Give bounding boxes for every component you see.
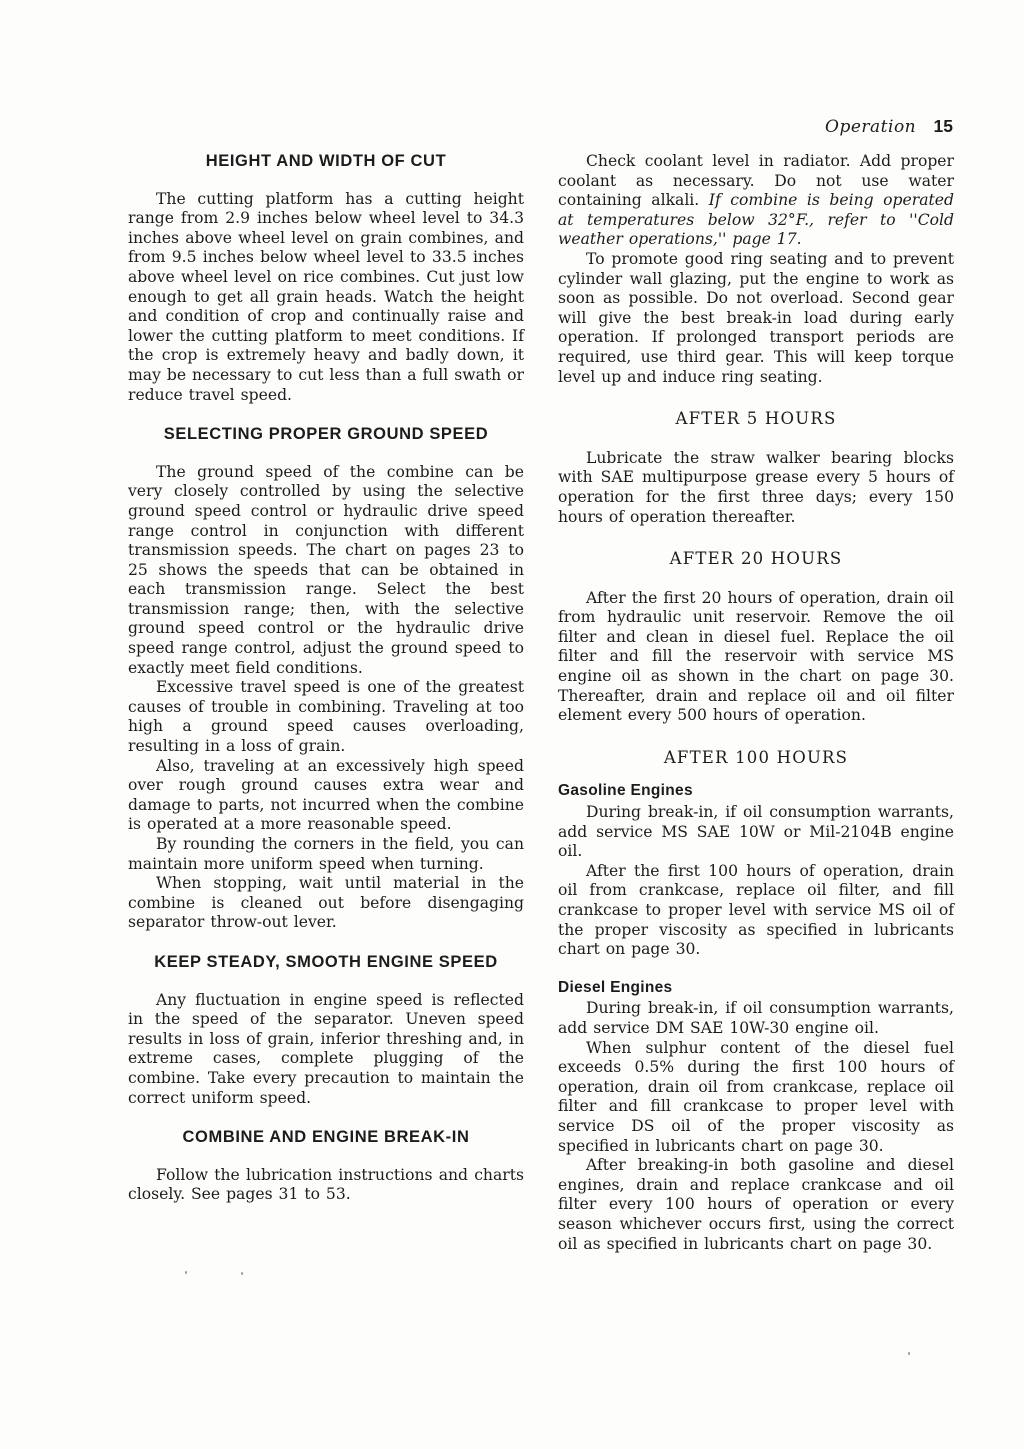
section-combine-and-engine-break-in: COMBINE AND ENGINE BREAK-IN Follow the l…	[128, 1128, 524, 1205]
subheading-diesel-engines: Diesel Engines	[558, 978, 954, 998]
paragraph: Any fluctuation in engine speed is refle…	[128, 991, 524, 1109]
section-heading: KEEP STEADY, SMOOTH ENGINE SPEED	[128, 953, 524, 973]
section-after-100-hours: AFTER 100 HOURS Gasoline Engines During …	[558, 748, 954, 1254]
scan-speck	[908, 1352, 910, 1355]
paragraph: Excessive travel speed is one of the gre…	[128, 678, 524, 756]
paragraph: Also, traveling at an excessively high s…	[128, 757, 524, 835]
paragraph: During break-in, if oil consumption warr…	[558, 999, 954, 1038]
paragraph: During break-in, if oil consumption warr…	[558, 803, 954, 862]
section-heading: SELECTING PROPER GROUND SPEED	[128, 425, 524, 445]
section-heading: HEIGHT AND WIDTH OF CUT	[128, 152, 524, 172]
running-header-section: Operation	[825, 117, 916, 137]
section-heading: AFTER 20 HOURS	[558, 549, 954, 569]
section-heading: AFTER 5 HOURS	[558, 409, 954, 429]
paragraph: Lubricate the straw walker bearing block…	[558, 449, 954, 527]
section-keep-steady-smooth-engine-speed: KEEP STEADY, SMOOTH ENGINE SPEED Any flu…	[128, 953, 524, 1108]
section-heading: COMBINE AND ENGINE BREAK-IN	[128, 1128, 524, 1148]
paragraph: After breaking-in both gasoline and dies…	[558, 1156, 954, 1254]
paragraph: The cutting platform has a cutting heigh…	[128, 190, 524, 406]
scan-speck	[185, 1271, 187, 1274]
paragraph: When sulphur content of the diesel fuel …	[558, 1039, 954, 1157]
paragraph: By rounding the corners in the field, yo…	[128, 835, 524, 874]
scan-speck	[241, 1272, 243, 1275]
paragraph: To promote good ring seating and to prev…	[558, 250, 954, 387]
subheading-gasoline-engines: Gasoline Engines	[558, 781, 954, 801]
page-number: 15	[934, 116, 953, 136]
paragraph: After the first 100 hours of operation, …	[558, 862, 954, 960]
paragraph: After the first 20 hours of operation, d…	[558, 589, 954, 726]
section-after-5-hours: AFTER 5 HOURS Lubricate the straw walker…	[558, 409, 954, 527]
paragraph: The ground speed of the combine can be v…	[128, 463, 524, 679]
section-coolant-check: Check coolant level in radiator. Add pro…	[558, 152, 954, 387]
left-column: HEIGHT AND WIDTH OF CUT The cutting plat…	[128, 152, 524, 1205]
paragraph: When stopping, wait until material in th…	[128, 874, 524, 933]
section-heading: AFTER 100 HOURS	[558, 748, 954, 768]
manual-page: Operation 15 HEIGHT AND WIDTH OF CUT The…	[0, 0, 1024, 1449]
right-column: Check coolant level in radiator. Add pro…	[558, 152, 954, 1254]
section-selecting-proper-ground-speed: SELECTING PROPER GROUND SPEED The ground…	[128, 425, 524, 933]
section-after-20-hours: AFTER 20 HOURS After the first 20 hours …	[558, 549, 954, 726]
running-header: Operation 15	[825, 116, 953, 137]
paragraph: Follow the lubrication instructions and …	[128, 1166, 524, 1205]
section-height-and-width-of-cut: HEIGHT AND WIDTH OF CUT The cutting plat…	[128, 152, 524, 405]
paragraph: Check coolant level in radiator. Add pro…	[558, 152, 954, 250]
